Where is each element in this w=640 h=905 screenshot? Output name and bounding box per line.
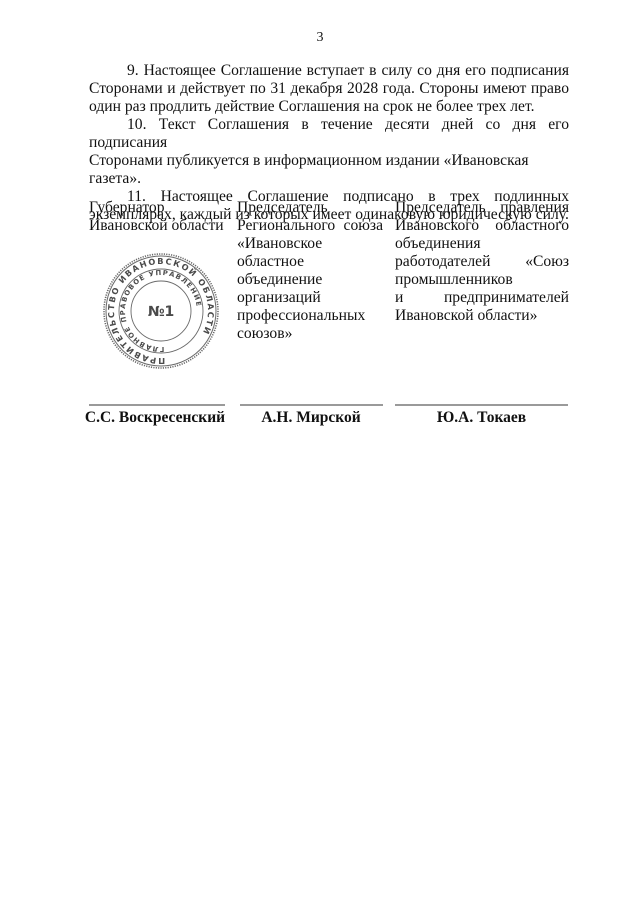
title-line: работодателей «Союз: [395, 253, 569, 271]
signature-line-union: [240, 404, 383, 406]
title-line: объединение: [237, 271, 383, 289]
signatory-union-title: Председатель Регионального союза «Иванов…: [237, 199, 383, 343]
title-line: профессиональных: [237, 307, 383, 325]
title-line: объединения: [395, 235, 569, 253]
official-seal: ПРАВИТЕЛЬСТВО ИВАНОВСКОЙ ОБЛАСТИ ГЛАВНОЕ…: [101, 251, 221, 371]
title-line: Регионального союза: [237, 217, 383, 235]
signature-line-governor: [89, 404, 225, 406]
text-line: Сторонами и действует по 31 декабря 2028…: [89, 80, 569, 98]
title-line: Ивановской области: [89, 217, 229, 235]
title-line: областное: [237, 253, 383, 271]
title-line: промышленников: [395, 271, 569, 289]
paragraph-9: 9. Настоящее Соглашение вступает в силу …: [89, 62, 569, 116]
title-line: «Ивановское: [237, 235, 383, 253]
text-line: один раз продлить действие Соглашения на…: [89, 98, 569, 116]
text-line: Сторонами публикуется в информационном и…: [89, 152, 569, 188]
page-number: 3: [0, 30, 640, 46]
title-line: и предпринимателей: [395, 289, 569, 307]
signatory-name-governor: С.С. Воскресенский: [80, 409, 230, 427]
title-line: организаций: [237, 289, 383, 307]
title-line: союзов»: [237, 325, 383, 343]
signatory-governor-title: Губернатор Ивановской области: [89, 199, 229, 235]
paragraph-10: 10. Текст Соглашения в течение десяти дн…: [89, 116, 569, 188]
title-line: Губернатор: [89, 199, 229, 217]
text-line: 10. Текст Соглашения в течение десяти дн…: [89, 116, 569, 152]
seal-center-text: №1: [148, 304, 175, 320]
signatory-name-union: А.Н. Мирской: [232, 409, 390, 427]
title-line: Ивановского областного: [395, 217, 569, 235]
title-line: Председатель правления: [395, 199, 569, 217]
text-line: 9. Настоящее Соглашение вступает в силу …: [89, 62, 569, 80]
signatory-employers-title: Председатель правления Ивановского облас…: [395, 199, 569, 325]
title-line: Ивановской области»: [395, 307, 569, 325]
signatory-name-employers: Ю.А. Токаев: [395, 409, 568, 427]
seal-icon: ПРАВИТЕЛЬСТВО ИВАНОВСКОЙ ОБЛАСТИ ГЛАВНОЕ…: [101, 251, 221, 371]
signature-line-employers: [395, 404, 568, 406]
title-line: Председатель: [237, 199, 383, 217]
